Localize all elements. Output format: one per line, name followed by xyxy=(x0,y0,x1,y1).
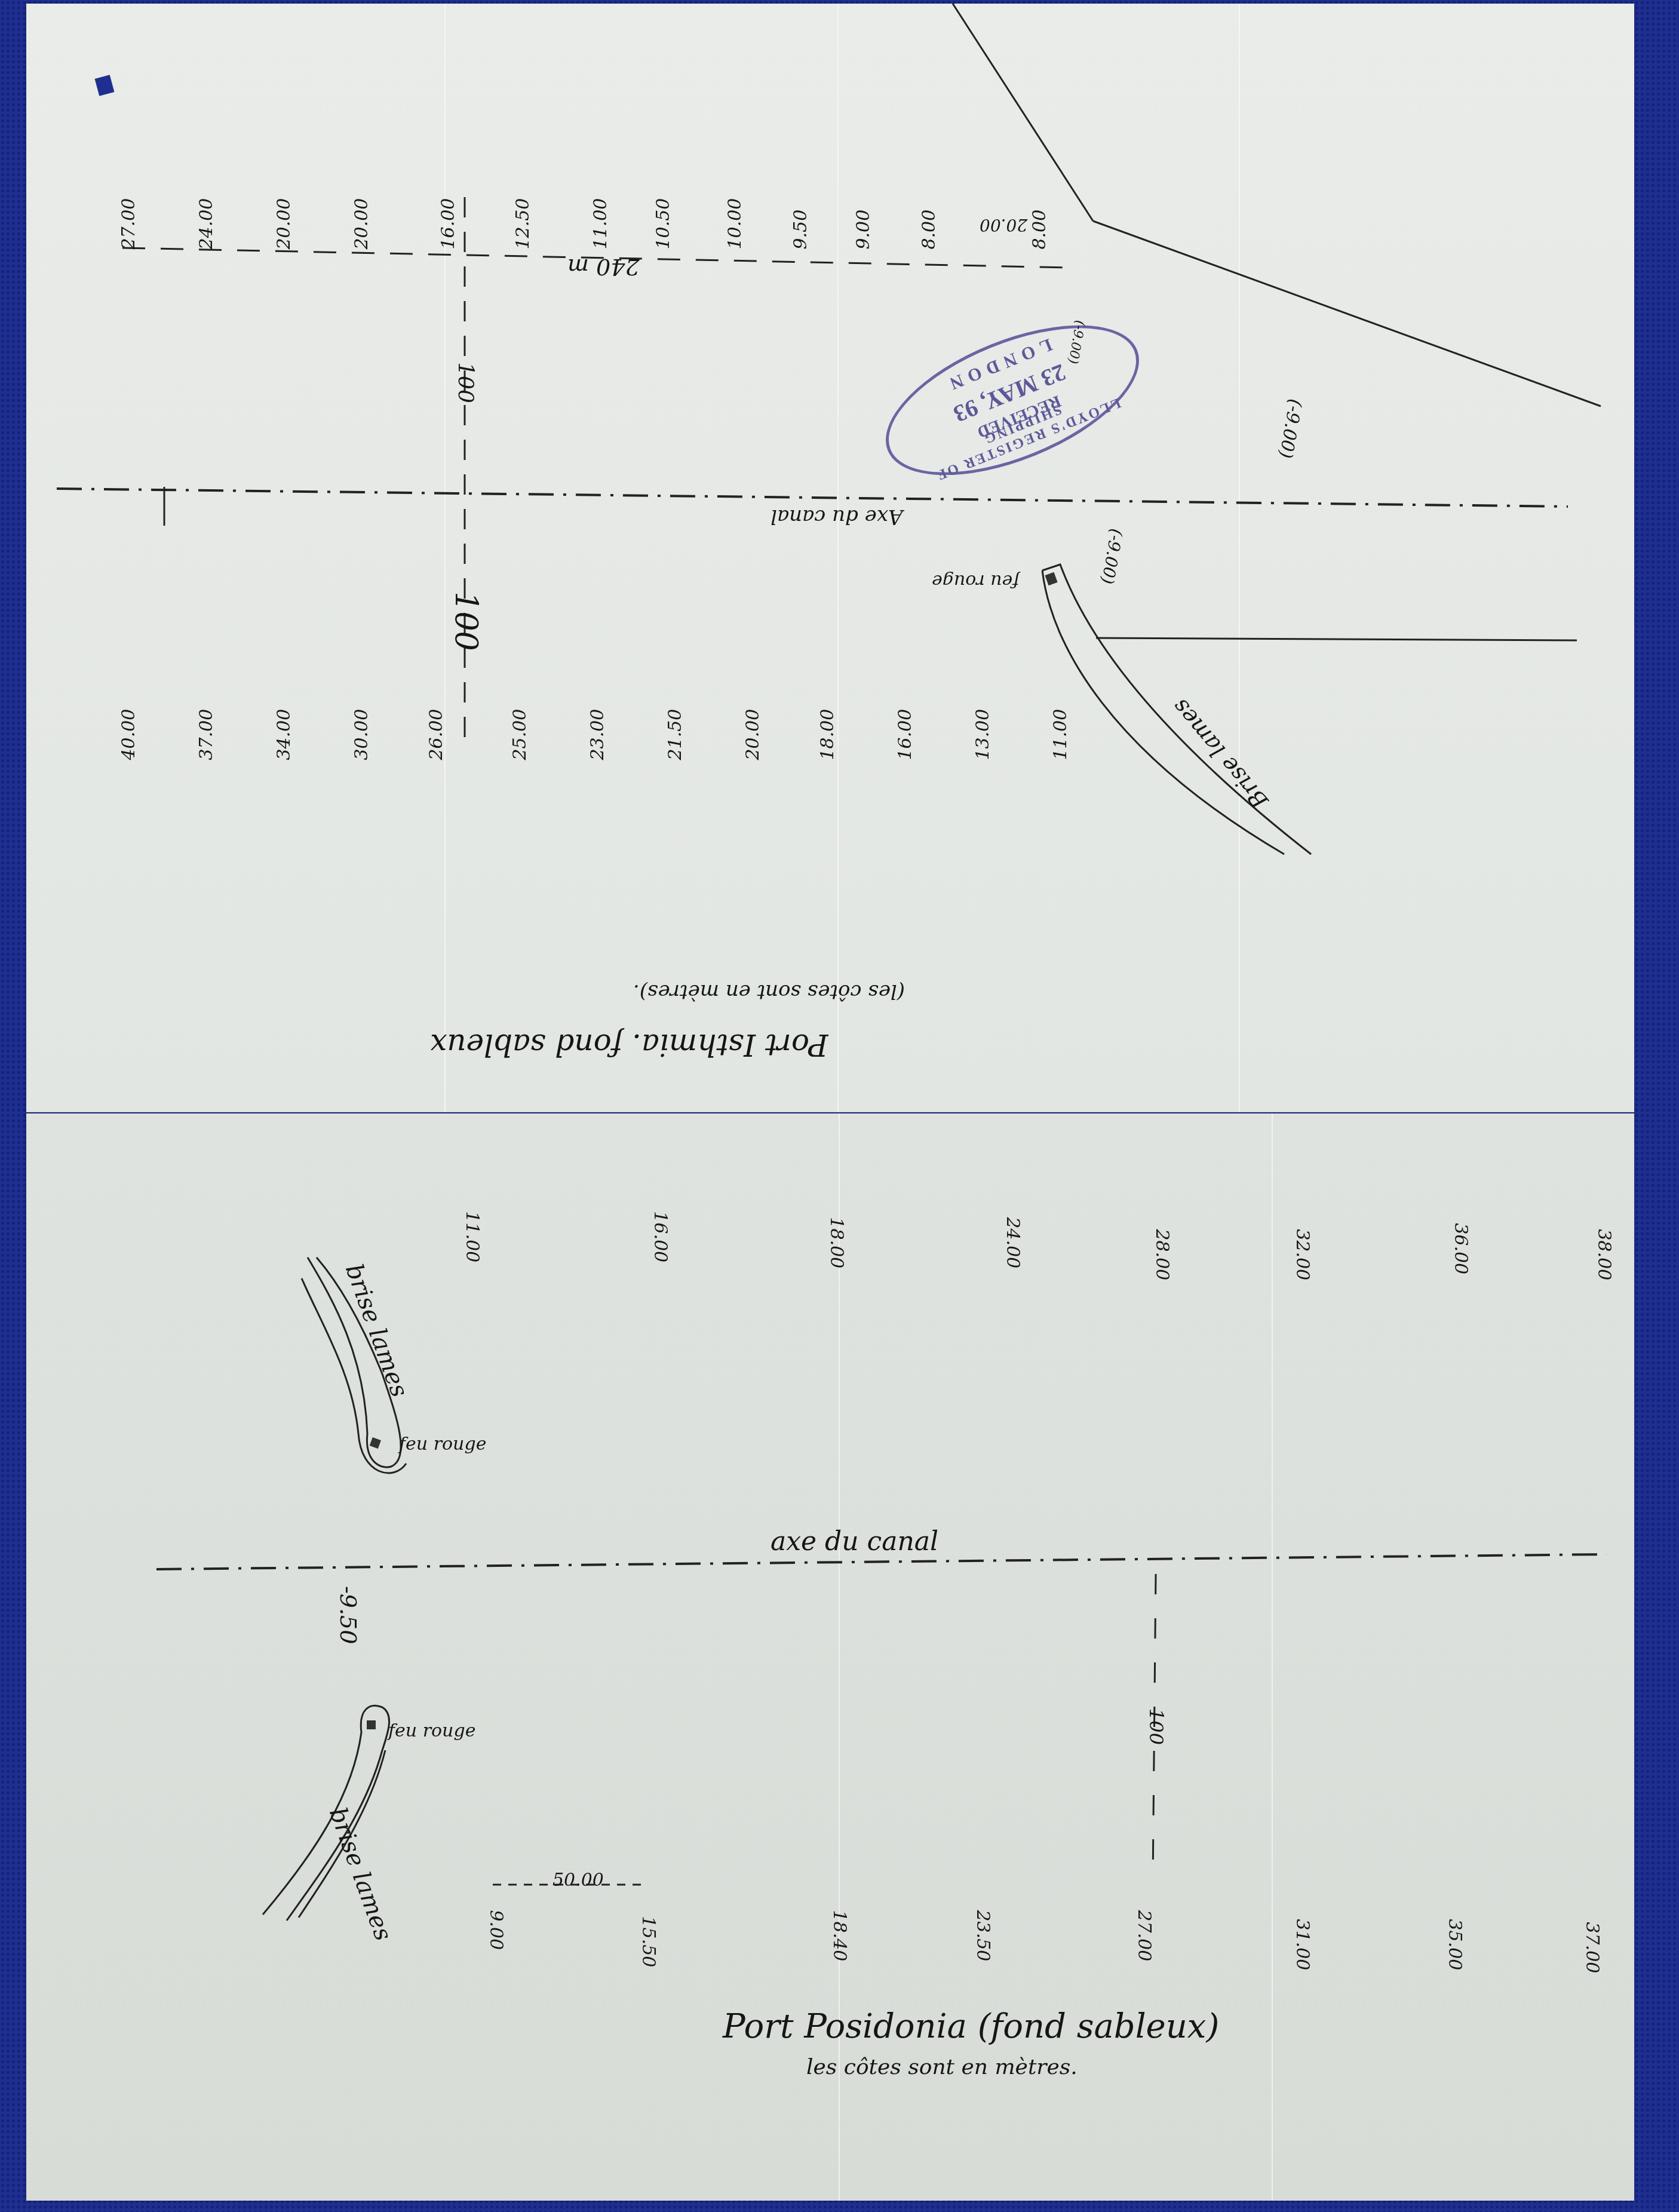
depth-sounding: 18.00 xyxy=(826,1217,847,1269)
depth-sounding: 16.00 xyxy=(650,1211,671,1263)
depth-sounding: 32.00 xyxy=(1292,1229,1313,1281)
depth-sounding: 11.00 xyxy=(462,1211,483,1263)
depth-sounding: 35.00 xyxy=(1444,1919,1465,1971)
depth-sounding: 24.00 xyxy=(1002,1217,1023,1269)
posidonia-linework xyxy=(0,0,1679,2212)
light-label-upper: feu rouge xyxy=(399,1434,486,1455)
depth-sounding: 28.00 xyxy=(1152,1229,1172,1281)
posidonia-units-note: les côtes sont en mètres. xyxy=(806,2055,1078,2079)
depth-sounding: 27.00 xyxy=(1134,1910,1155,1962)
distance-label-50: 50.00 xyxy=(552,1870,604,1891)
depth-sounding: 18.40 xyxy=(829,1910,850,1962)
depth-sounding: 9.00 xyxy=(486,1910,507,1950)
distance-label-100: 100 xyxy=(1145,1708,1168,1745)
depth-sounding: 31.00 xyxy=(1292,1919,1313,1971)
light-label-lower: feu rouge xyxy=(388,1720,475,1741)
depth-sounding: 23.50 xyxy=(972,1910,993,1962)
posidonia-title: Port Posidonia (fond sableux) xyxy=(723,2007,1219,2046)
depth-sounding: 37.00 xyxy=(1582,1922,1603,1974)
depth-sounding: 38.00 xyxy=(1594,1229,1614,1281)
depth-sounding: 36.00 xyxy=(1450,1223,1471,1275)
canal-axis-label-posidonia: axe du canal xyxy=(771,1526,938,1557)
depth-sounding: 15.50 xyxy=(638,1916,659,1968)
depth-between-piers: -9.50 xyxy=(335,1586,361,1644)
